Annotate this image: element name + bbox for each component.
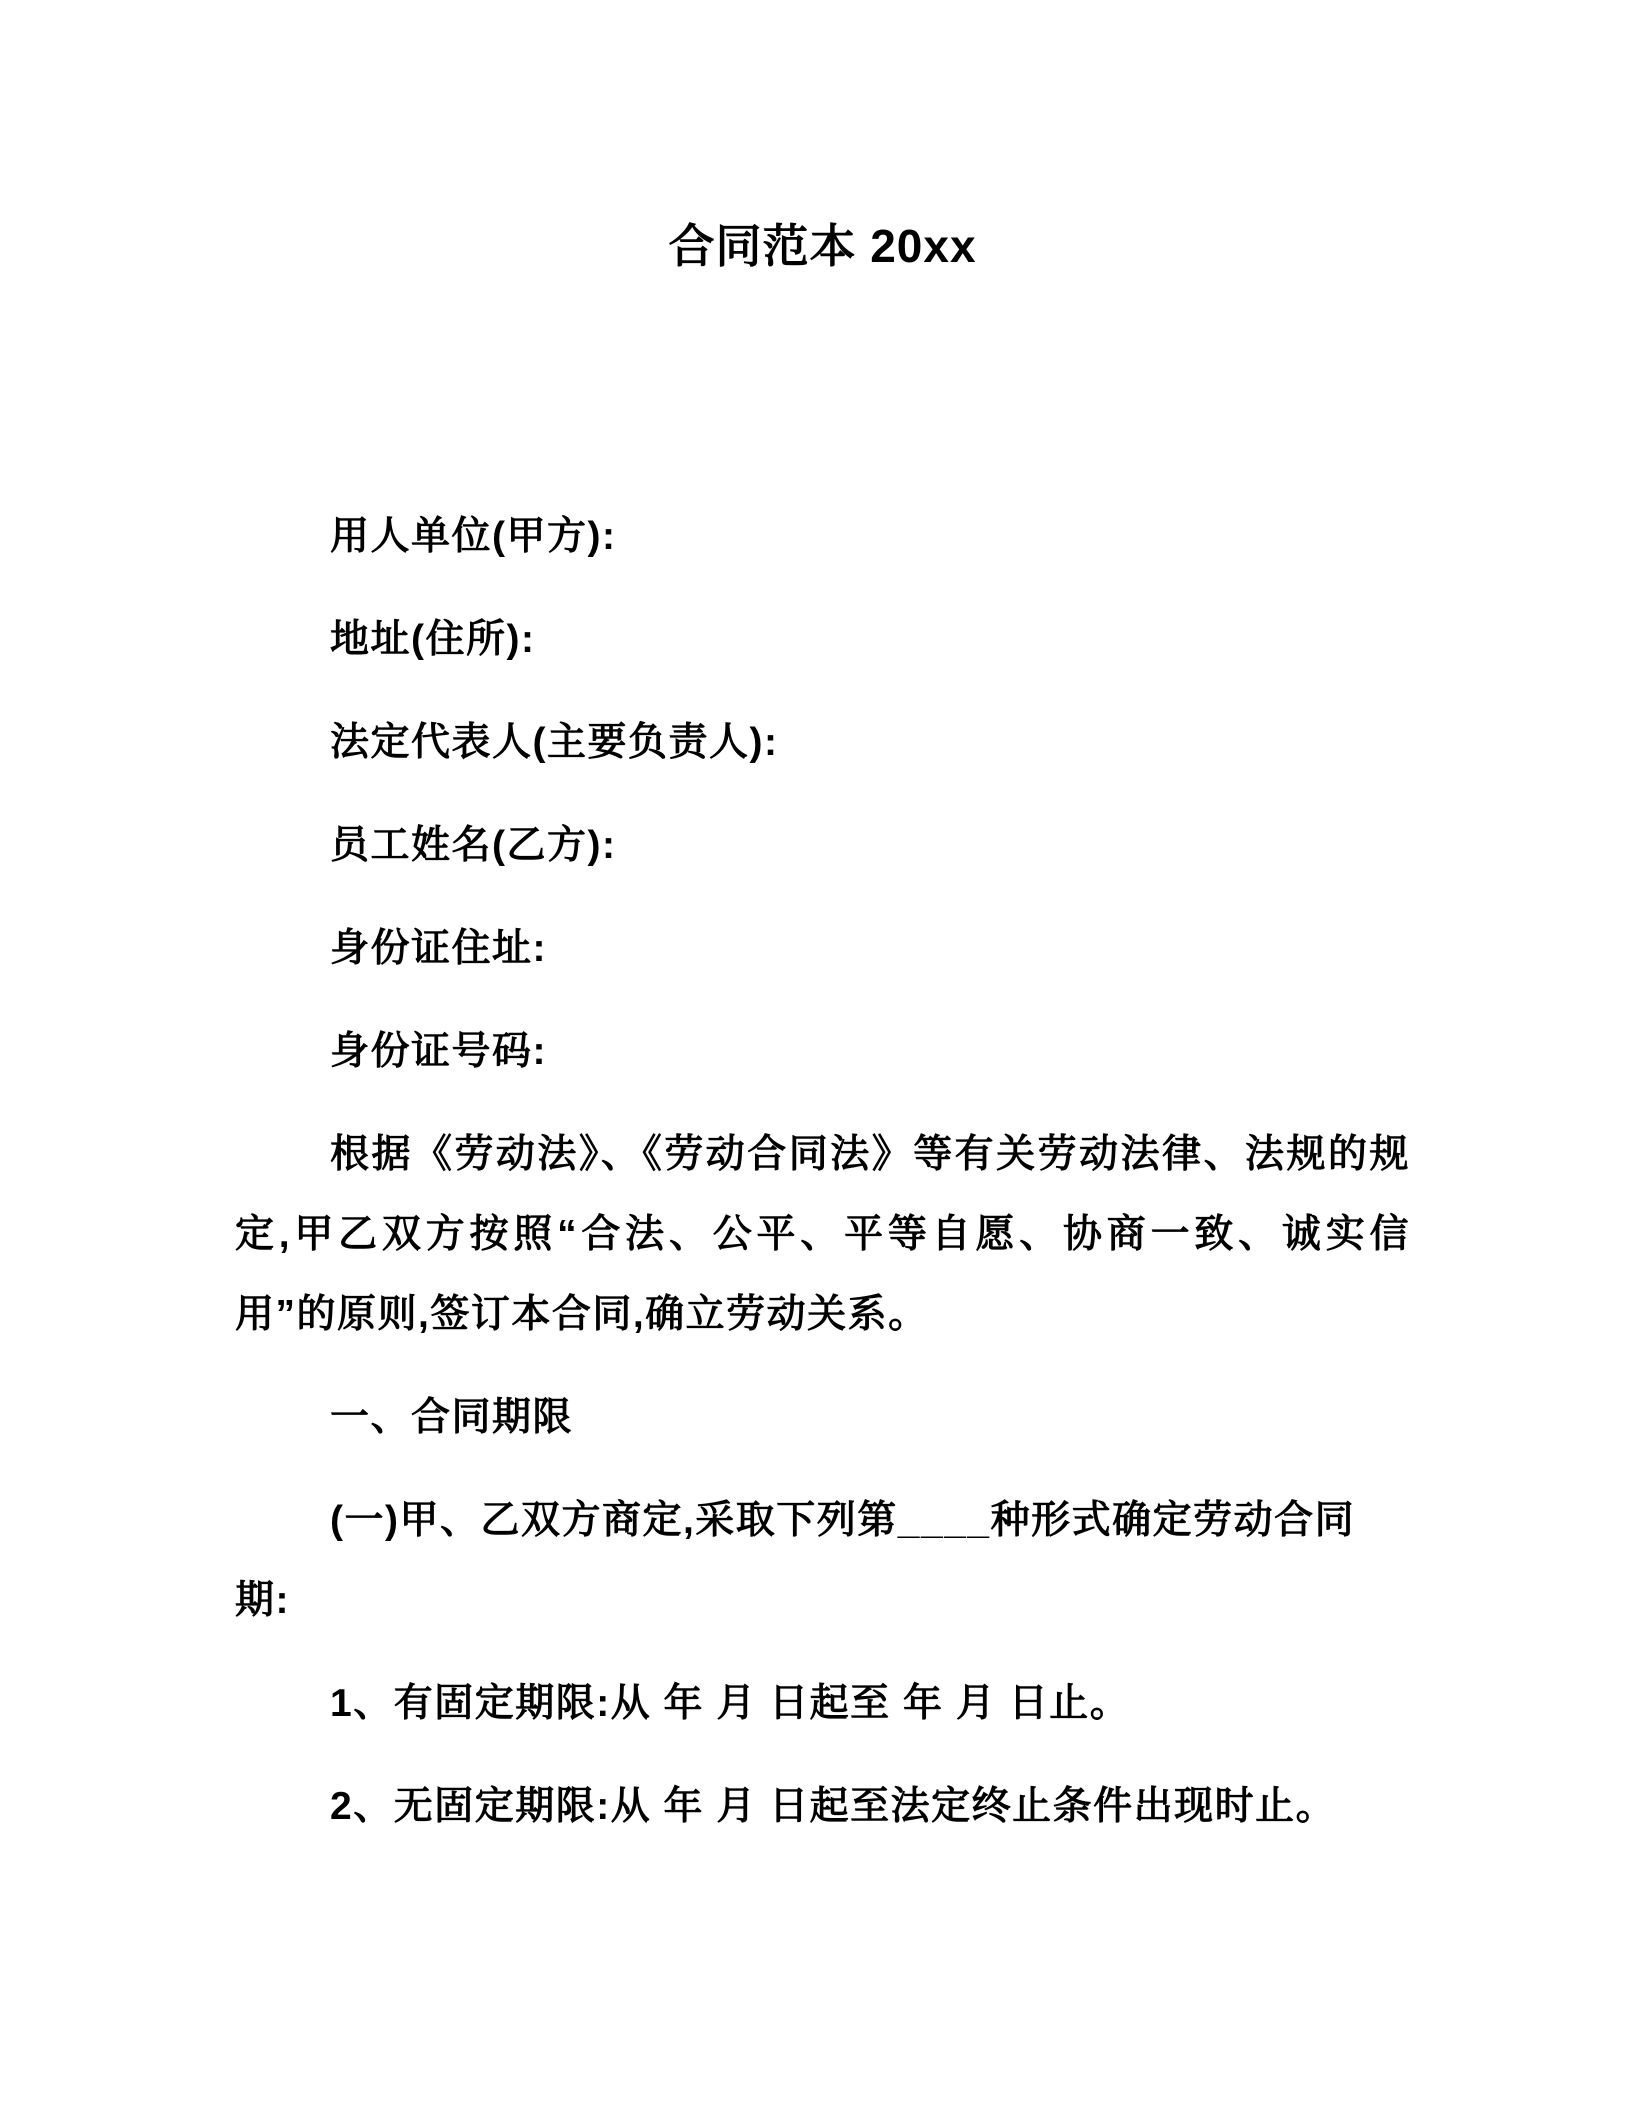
intro-paragraph: 根据《劳动法》、《劳动合同法》等有关劳动法律、法规的规定,甲乙双方按照“合法、公… bbox=[235, 1115, 1410, 1355]
field-id-number: 身份证号码: bbox=[235, 1012, 1410, 1092]
field-employer: 用人单位(甲方): bbox=[235, 497, 1410, 577]
contract-document-page: 合同范本 20xx 用人单位(甲方): 地址(住所): 法定代表人(主要负责人)… bbox=[0, 0, 1632, 2112]
clause-fixed-term: 1、有固定期限:从 年 月 日起至 年 月 日止。 bbox=[235, 1664, 1410, 1744]
section-heading-contract-term: 一、合同期限 bbox=[235, 1378, 1410, 1458]
clause-term-selection: (一)甲、乙双方商定,采取下列第____种形式确定劳动合同期: bbox=[235, 1481, 1410, 1641]
document-title: 合同范本 20xx bbox=[235, 206, 1410, 286]
clause-open-ended-term: 2、无固定期限:从 年 月 日起至法定终止条件出现时止。 bbox=[235, 1767, 1410, 1847]
field-address: 地址(住所): bbox=[235, 600, 1410, 680]
field-employee-name: 员工姓名(乙方): bbox=[235, 806, 1410, 886]
field-id-address: 身份证住址: bbox=[235, 909, 1410, 989]
field-legal-representative: 法定代表人(主要负责人): bbox=[235, 703, 1410, 783]
